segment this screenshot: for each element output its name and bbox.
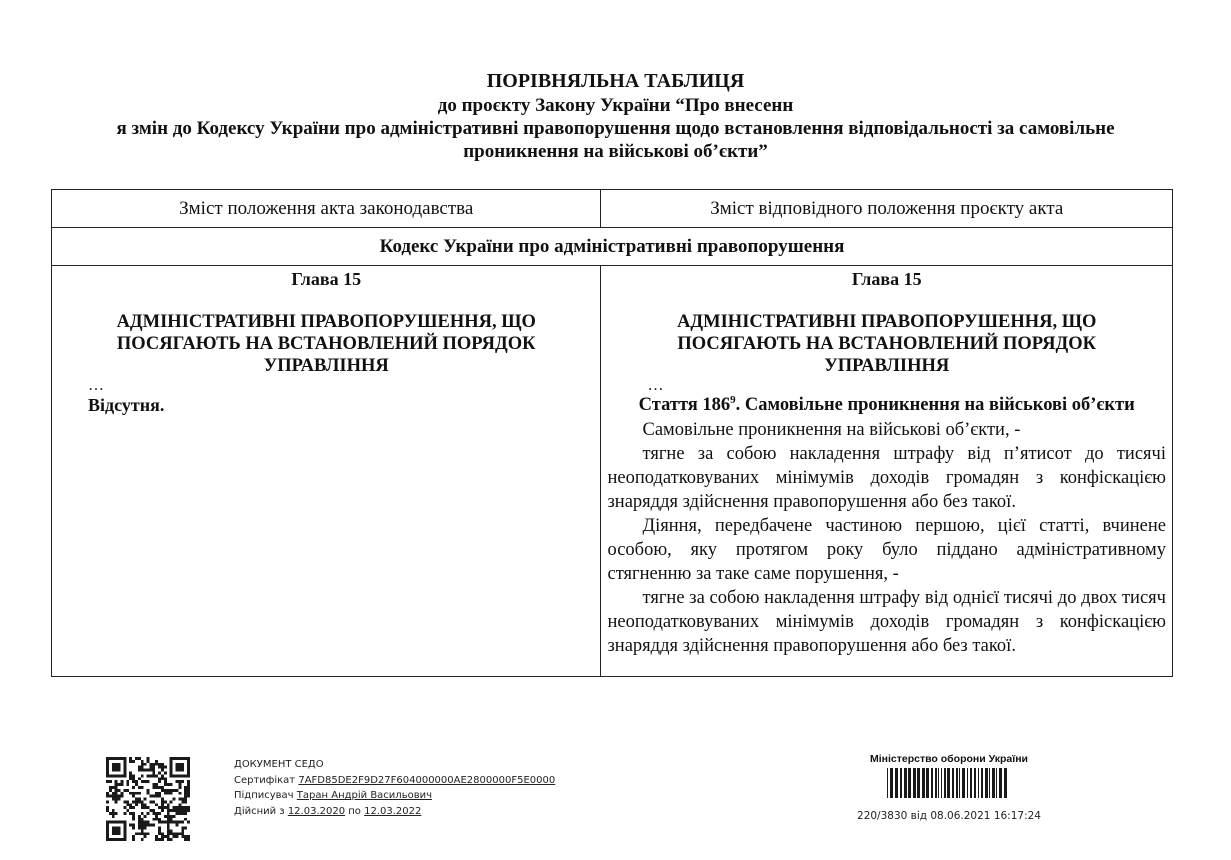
- certificate-label: Сертифікат: [234, 775, 295, 786]
- code-row: Кодекс України про адміністративні право…: [52, 228, 1173, 266]
- ellipsis: …: [88, 379, 564, 393]
- registration-stamp: Міністерство оборони України 220/3830 ві…: [856, 753, 1042, 822]
- validity-line: Дійсний з 12.03.2020 по 12.03.2022: [234, 804, 555, 820]
- sedo-heading: ДОКУМЕНТ СЕДО: [234, 757, 555, 773]
- chapter-heading: Глава 15: [607, 268, 1166, 290]
- article-paragraph: Діяння, передбачене частиною першою, ціє…: [607, 514, 1166, 586]
- valid-from-label: Дійсний з: [234, 806, 285, 817]
- title-line-2: до проєкту Закону України “Про внесенн: [0, 94, 1231, 117]
- certificate-value: 7AFD85DE2F9D27F604000000AE2800000F5E0000: [298, 775, 555, 786]
- ellipsis: …: [607, 379, 1166, 393]
- qr-code-icon: [106, 757, 190, 841]
- table-header-row: Зміст положення акта законодавства Зміст…: [52, 190, 1173, 228]
- chapter-title: АДМІНІСТРАТИВНІ ПРАВОПОРУШЕННЯ, ЩО ПОСЯГ…: [88, 311, 564, 377]
- barcode-icon: [887, 768, 1011, 798]
- chapter-title-line: ПОСЯГАЮТЬ НА ВСТАНОВЛЕНИЙ ПОРЯДОК: [607, 333, 1166, 355]
- draft-act-cell: Глава 15 АДМІНІСТРАТИВНІ ПРАВОПОРУШЕННЯ,…: [601, 266, 1173, 677]
- comparison-table: Зміст положення акта законодавства Зміст…: [51, 189, 1173, 677]
- chapter-title-line: АДМІНІСТРАТИВНІ ПРАВОПОРУШЕННЯ, ЩО: [607, 311, 1166, 333]
- article-paragraph: тягне за собою накладення штрафу від п’я…: [607, 442, 1166, 514]
- signer-label: Підписувач: [234, 790, 294, 801]
- chapter-title-line: ПОСЯГАЮТЬ НА ВСТАНОВЛЕНИЙ ПОРЯДОК: [88, 333, 564, 355]
- article-name: . Самовільне проникнення на військові об…: [736, 395, 1135, 415]
- ministry-name: Міністерство оборони України: [856, 753, 1042, 766]
- chapter-title: АДМІНІСТРАТИВНІ ПРАВОПОРУШЕННЯ, ЩО ПОСЯГ…: [607, 311, 1166, 377]
- table-row: Глава 15 АДМІНІСТРАТИВНІ ПРАВОПОРУШЕННЯ,…: [52, 266, 1173, 677]
- title-line-4: проникнення на військові об’єкти”: [0, 140, 1231, 163]
- document-title: ПОРІВНЯЛЬНА ТАБЛИЦЯ до проєкту Закону Ук…: [0, 70, 1231, 163]
- chapter-heading: Глава 15: [88, 268, 564, 290]
- chapter-title-line: АДМІНІСТРАТИВНІ ПРАВОПОРУШЕННЯ, ЩО: [88, 311, 564, 333]
- sedo-info: ДОКУМЕНТ СЕДО Сертифікат 7AFD85DE2F9D27F…: [234, 757, 555, 819]
- article-paragraph: Самовільне проникнення на військові об’є…: [607, 418, 1166, 442]
- signer-value: Таран Андрій Васильович: [297, 790, 432, 801]
- article-paragraph: тягне за собою накладення штрафу від одн…: [607, 586, 1166, 658]
- title-line-1: ПОРІВНЯЛЬНА ТАБЛИЦЯ: [0, 70, 1231, 93]
- code-title: Кодекс України про адміністративні право…: [52, 228, 1173, 266]
- current-law-cell: Глава 15 АДМІНІСТРАТИВНІ ПРАВОПОРУШЕННЯ,…: [52, 266, 601, 677]
- article-title: Стаття 1869. Самовільне проникнення на в…: [607, 394, 1166, 416]
- chapter-title-line: УПРАВЛІННЯ: [88, 355, 564, 377]
- certificate-line: Сертифікат 7AFD85DE2F9D27F604000000AE280…: [234, 773, 555, 789]
- valid-to-label: по: [348, 806, 361, 817]
- valid-from-date: 12.03.2020: [288, 806, 345, 817]
- chapter-title-line: УПРАВЛІННЯ: [607, 355, 1166, 377]
- header-draft-act: Зміст відповідного положення проєкту акт…: [601, 190, 1173, 228]
- header-current-law: Зміст положення акта законодавства: [52, 190, 601, 228]
- absent-text: Відсутня.: [88, 394, 564, 416]
- signer-line: Підписувач Таран Андрій Васильович: [234, 788, 555, 804]
- title-line-3: я змін до Кодексу України про адміністра…: [0, 117, 1231, 140]
- valid-to-date: 12.03.2022: [364, 806, 421, 817]
- registration-number: 220/3830 від 08.06.2021 16:17:24: [856, 810, 1042, 822]
- article-number: Стаття 186: [639, 395, 731, 415]
